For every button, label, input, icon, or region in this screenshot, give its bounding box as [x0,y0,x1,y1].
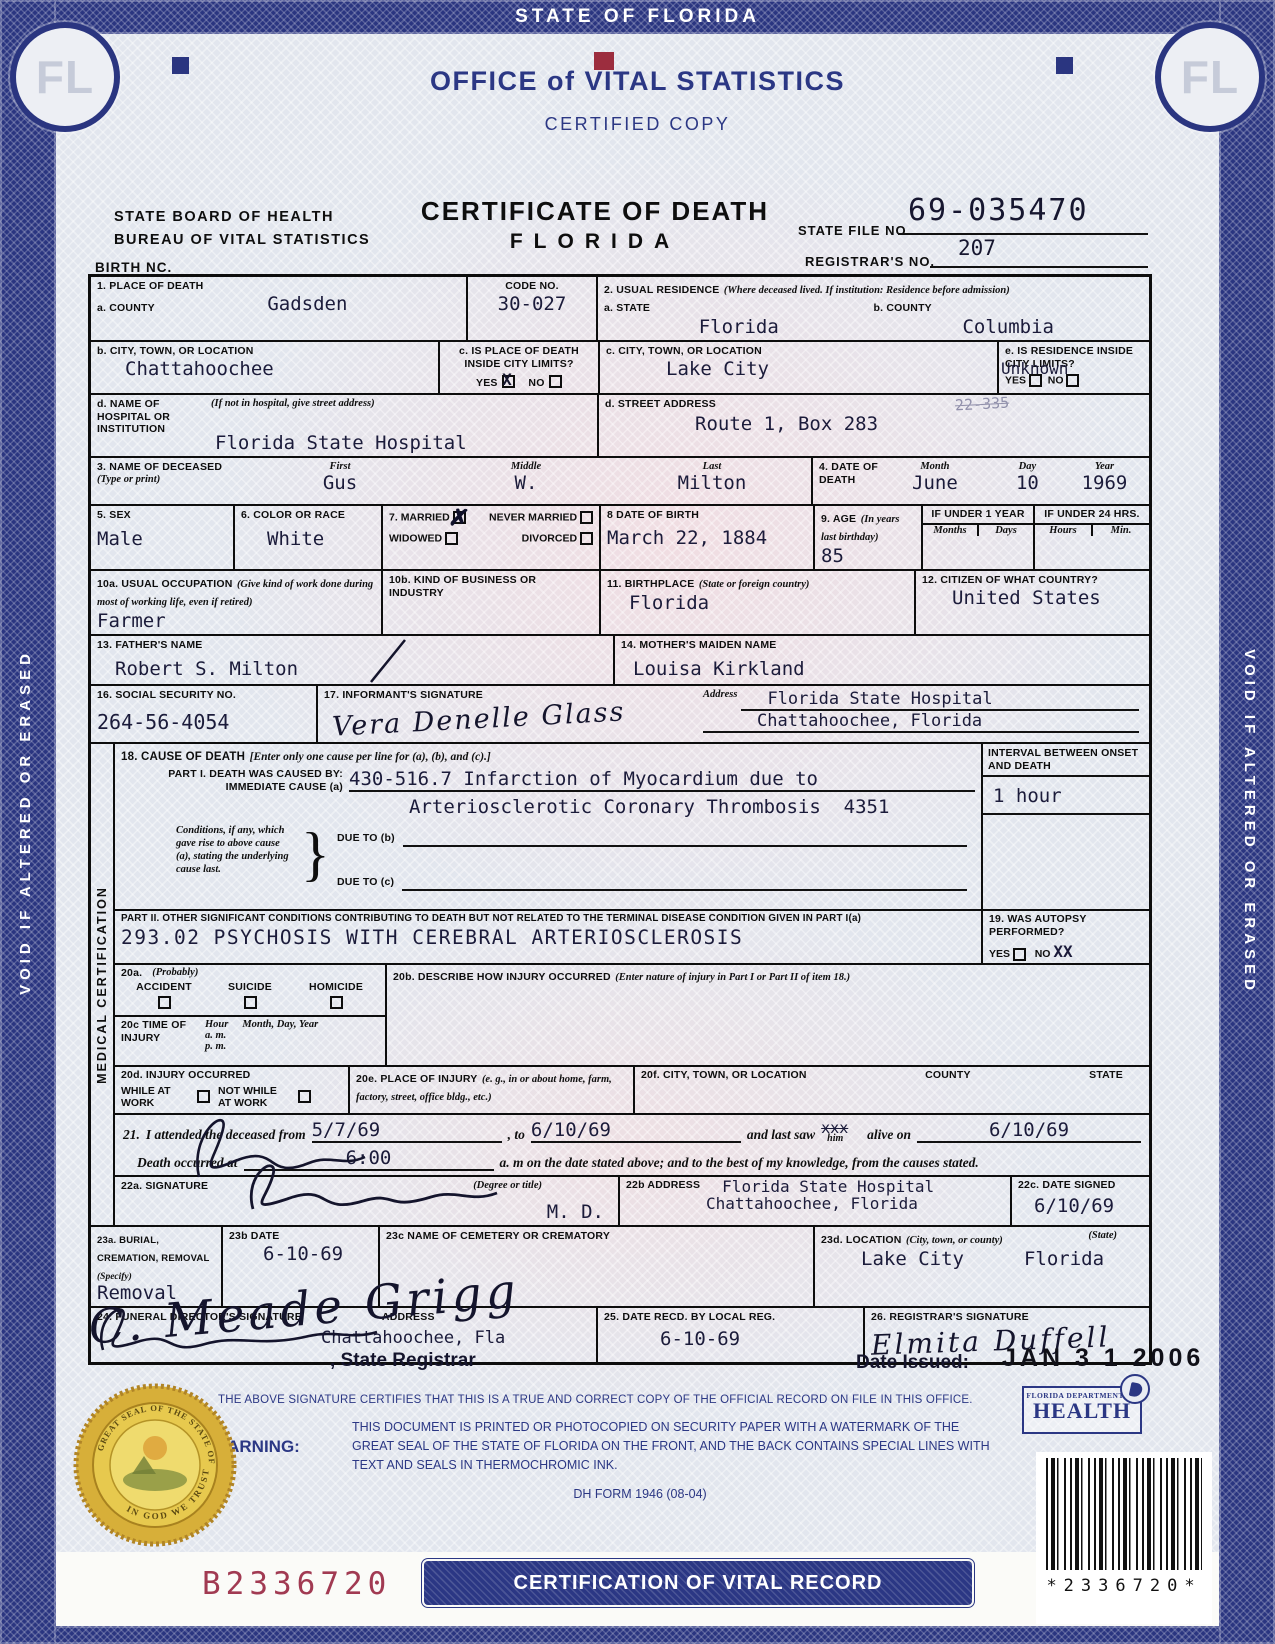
describe-injury-note: (Enter nature of injury in Part I or Par… [615,972,850,983]
field-residence-city: c. CITY, TOWN, OR LOCATION Lake City [600,342,999,393]
certify-statement: THE ABOVE SIGNATURE CERTIFIES THAT THIS … [218,1394,1018,1406]
due-to-b-line [403,832,967,847]
checkbox-never-married [580,511,593,524]
certifier-address-label: 22b ADDRESS [626,1179,700,1192]
location-state-value: Florida [1024,1248,1104,1270]
occupation-value: Farmer [97,610,375,632]
field-mother-name: 14. MOTHER'S MAIDEN NAME Louisa Kirkland [615,636,1149,684]
dod-day-label: Day [989,461,1066,472]
fl-watermark-left: FL [16,28,114,126]
hours-label: Hours [1035,525,1093,536]
barcode-text: *2336720* [1036,1576,1212,1596]
field-hospital: d. NAME OF HOSPITAL OR INSTITUTION (If n… [91,395,599,456]
warning-text: THIS DOCUMENT IS PRINTED OR PHOTOCOPIED … [352,1418,1002,1474]
death-occurred-text: Death occurred at [137,1155,238,1171]
married-label: MARRIED [401,511,450,523]
checkbox-limits-no [549,375,562,388]
field-race: 6. COLOR OR RACE White [235,506,383,569]
death-city-label: b. CITY, TOWN, OR LOCATION [97,345,432,358]
field-interval: INTERVAL BETWEEN ONSET AND DEATH 1 hour [981,744,1149,909]
code-no-label: CODE NO. [474,280,590,293]
dod-day-value: 10 [989,472,1066,494]
row-part2-autopsy: PART II. OTHER SIGNIFICANT CONDITIONS CO… [115,911,1149,965]
cause-of-death-note: [Enter only one cause per line for (a), … [250,751,491,763]
street-address-stamp: 22-335 [954,394,1009,415]
checkbox-homicide [330,996,343,1009]
state-file-label: STATE FILE NO. [798,223,911,238]
field-age: 9. AGE (In years last birthday) 85 [815,506,923,569]
location-note: (City, town, or county) [906,1235,1003,1246]
field-time-of-injury: 20c TIME OF INJURY Hour a. m. p. m. Mont… [115,1017,385,1065]
field-accident-suicide-homicide: 20a. (Probably) ACCIDENT SUICIDE HOMICID… [115,965,385,1017]
field-disposition-location: 23d. LOCATION (City, town, or county) (S… [815,1227,1149,1306]
field-under-1-year: IF UNDER 1 YEAR Months Days [923,506,1035,569]
part2-value: 293.02 PSYCHOSIS WITH CEREBRAL ARTERIOSC… [121,926,975,949]
field-birthplace: 11. BIRTHPLACE (State or foreign country… [601,571,916,634]
degree-title-label: (Degree or title) [473,1180,542,1193]
race-label: 6. COLOR OR RACE [241,509,375,522]
field-usual-residence: 2. USUAL RESIDENCE (Where deceased lived… [598,277,1149,340]
birthplace-note: (State or foreign country) [699,579,810,590]
deceased-note: (Type or print) [97,474,247,485]
checkbox-suicide [244,996,257,1009]
accident-label: ACCIDENT [121,981,207,994]
birthplace-label: 11. BIRTHPLACE [607,578,694,590]
sex-label: 5. SEX [97,509,227,522]
attended-text-2: , to [508,1127,525,1143]
father-name-value: Robert S. Milton [115,658,607,680]
ssn-value: 264-56-4054 [97,710,310,734]
row-sex-race-marital-dob-age: 5. SEX Male 6. COLOR OR RACE White 7. MA… [91,506,1149,571]
him-word: him [827,1133,843,1144]
field-citizen: 12. CITIZEN OF WHAT COUNTRY? United Stat… [916,571,1149,634]
mdy-label: Month, Day, Year [242,1019,318,1063]
cause-of-death-label: 18. CAUSE OF DEATH [121,751,245,763]
injury-state-label: STATE [1089,1069,1143,1111]
autopsy-yes-label: YES [989,948,1010,960]
row-injury-bottom: 20d. INJURY OCCURRED WHILE AT WORK NOT W… [115,1067,1149,1115]
row-injury-top: 20a. (Probably) ACCIDENT SUICIDE HOMICID… [115,965,1149,1067]
code-no-value: 30-027 [474,293,590,315]
autopsy-no-mark: XX [1053,942,1072,961]
mother-name-label: 14. MOTHER'S MAIDEN NAME [621,639,1143,652]
cause-a-line2: Arteriosclerotic Coronary Thrombosis 435… [409,796,889,818]
certifier-signature-label: 22a. SIGNATURE [121,1180,208,1193]
residence-city-label: c. CITY, TOWN, OR LOCATION [606,345,991,358]
race-value: White [267,528,375,550]
interval-value: 1 hour [983,777,1149,813]
death-occurred-text-2: a. m on the date stated above; and to th… [500,1155,979,1171]
field-attended: 21. I attended the deceased from 5/7/69 … [115,1115,1149,1177]
checkbox-limits-yes: X [502,375,515,388]
field-business-industry: 10b. KIND OF BUSINESS OR INDUSTRY [383,571,601,634]
limits-yes-label: YES [476,377,498,389]
date-signed-value: 6/10/69 [1034,1195,1143,1217]
void-text-left: VOID IF ALTERED OR ERASED [17,649,34,995]
place-of-injury-label: 20e. PLACE OF INJURY [356,1073,477,1085]
great-seal-of-florida: GREAT SEAL OF THE STATE OF FLORIDA IN GO… [72,1382,238,1548]
dod-label: 4. DATE OF DEATH [819,461,881,502]
cemetery-label: 23c NAME OF CEMETERY OR CREMATORY [386,1230,807,1243]
row-place-residence: 1. PLACE OF DEATH a. COUNTY Gadsden CODE… [91,277,1149,342]
county-label: a. COUNTY [97,302,155,315]
florida-silhouette-icon [1120,1374,1150,1404]
dod-month-value: June [881,472,989,494]
certificate-title: CERTIFICATE OF DEATH [385,196,805,227]
mother-name-value: Louisa Kirkland [633,658,1143,680]
medical-certification-block: MEDICAL CERTIFICATION 18. CAUSE OF DEATH… [91,744,1149,1227]
field-date-of-birth: 8 DATE OF BIRTH March 22, 1884 [601,506,815,569]
autopsy-label: 19. WAS AUTOPSY PERFORMED? [989,913,1143,938]
interval-spacer [983,813,1149,869]
checkbox-while-at-work [197,1090,210,1103]
field-date-signed: 22c. DATE SIGNED 6/10/69 [1012,1177,1149,1225]
health-logo-line2: HEALTH [1024,1400,1140,1422]
row-hospital-street: d. NAME OF HOSPITAL OR INSTITUTION (If n… [91,395,1149,458]
certificate-subtitle: FLORIDA [385,230,805,254]
part1-label: PART I. DEATH WAS CAUSED BY: [121,768,343,781]
disposition-label: 23a. BURIAL, CREMATION, REMOVAL [97,1235,210,1264]
date-issued-stamp: JAN 3 1 2006 [1002,1344,1204,1373]
pm-label: p. m. [205,1041,228,1052]
first-name-label: First [247,461,433,472]
row-occupation-birthplace: 10a. USUAL OCCUPATION (Give kind of work… [91,571,1149,636]
citizen-label: 12. CITIZEN OF WHAT COUNTRY? [922,574,1143,587]
usual-residence-note: (Where deceased lived. If institution: R… [724,285,1010,296]
field-describe-injury: 20b. DESCRIBE HOW INJURY OCCURRED (Enter… [387,965,1149,1065]
field-residence-limits: e. IS RESIDENCE INSIDE CITY LIMITS? YES … [999,342,1149,393]
middle-name-value: W. [433,472,619,494]
barcode-panel: *2336720* [1036,1452,1212,1624]
decor-square-right [1056,57,1073,74]
agency-line1: STATE BOARD OF HEALTH [114,206,370,229]
interval-label: INTERVAL BETWEEN ONSET AND DEATH [983,744,1149,777]
residence-state-label: a. STATE [604,302,650,314]
field-father-name: 13. FATHER'S NAME Robert S. Milton [91,636,615,684]
divorced-label: DIVORCED [522,532,577,544]
attended-from-value: 5/7/69 [312,1119,381,1141]
attended-text-4: alive on [867,1127,911,1143]
due-to-c-label: DUE TO (c) [337,876,394,891]
deceased-label: 3. NAME OF DECEASED [97,461,247,474]
dod-year-label: Year [1066,461,1143,472]
birth-no-label: BIRTH NC. [95,260,172,275]
injury-city-label: 20f. CITY, TOWN, OR LOCATION [641,1069,807,1111]
age-label: 9. AGE [821,513,856,525]
conditions-note: Conditions, if any, which gave rise to a… [176,824,296,877]
field-place-of-death: 1. PLACE OF DEATH a. COUNTY Gadsden [91,277,468,340]
occupation-label: 10a. USUAL OCCUPATION [97,578,232,590]
residence-county-label: b. COUNTY [874,302,932,314]
informant-address-label: Address [703,689,737,711]
border-bottom [0,1626,1275,1644]
office-title: OFFICE of VITAL STATISTICS [0,66,1275,97]
field-injury-location: 20f. CITY, TOWN, OR LOCATION COUNTY STAT… [635,1067,1149,1113]
certified-copy-label: CERTIFIED COPY [0,114,1275,135]
hospital-value: Florida State Hospital [215,432,591,454]
field-place-of-injury: 20e. PLACE OF INJURY (e. g., in or about… [350,1067,635,1113]
field-ssn: 16. SOCIAL SECURITY NO. 264-56-4054 [91,686,318,742]
row-parents: 13. FATHER'S NAME Robert S. Milton 14. M… [91,636,1149,686]
informant-address-line2: Chattahoochee, Florida [757,711,982,731]
degree-value: M. D. [547,1201,604,1223]
death-city-limits-label: c. IS PLACE OF DEATH INSIDE CITY LIMITS? [446,345,592,370]
f21-num: 21. [123,1127,140,1143]
date-received-label: 25. DATE RECD. BY LOCAL REG. [604,1311,857,1324]
certifier-address-line2: Chattahoochee, Florida [706,1196,1004,1213]
checkbox-married: ✗ [453,511,466,524]
agency-line2: BUREAU OF VITAL STATISTICS [114,229,370,252]
describe-injury-label: 20b. DESCRIBE HOW INJURY OCCURRED [393,971,611,983]
state-registrar-label: , State Registrar [330,1350,476,1372]
birthplace-value: Florida [629,592,908,614]
dob-value: March 22, 1884 [607,527,807,549]
field-death-city-limits: c. IS PLACE OF DEATH INSIDE CITY LIMITS?… [440,342,600,393]
registrar-no-underline [930,266,1148,268]
months-label: Months [923,525,979,536]
immediate-cause-label: IMMEDIATE CAUSE (a) [121,781,343,794]
field-date-received: 25. DATE RECD. BY LOCAL REG. 6-10-69 [598,1308,865,1362]
ssn-label: 16. SOCIAL SECURITY NO. [97,689,310,702]
injury-county-label: COUNTY [925,1069,971,1111]
probably-note: (Probably) [152,967,198,980]
location-state-note: (State) [1088,1230,1143,1248]
certification-band: CERTIFICATION OF VITAL RECORD [424,1561,972,1605]
due-to-c-line [402,876,967,891]
last-name-label: Last [619,461,805,472]
last-seen-date: 6/10/69 [989,1119,1069,1141]
conditions-brace: } [301,820,330,889]
married-scribble-mark: ✗ [447,503,471,535]
informant-address-line1: Florida State Hospital [767,689,992,709]
cause-a-line1: 430-516.7 Infarction of Myocardium due t… [349,768,818,790]
attended-text-1: I attended the deceased from [146,1127,306,1143]
death-city-value: Chattahoochee [125,358,432,380]
field-cause-of-death: 18. CAUSE OF DEATH [Enter only one cause… [115,744,1149,911]
fl-watermark-right: FL [1161,28,1259,126]
father-name-label: 13. FATHER'S NAME [97,639,607,652]
checkbox-widowed [445,532,458,545]
widowed-label: WIDOWED [389,532,442,544]
decor-square-center [594,52,614,70]
field-under-24-hrs: IF UNDER 24 HRS. Hours Min. [1035,506,1149,569]
residence-city-value: Lake City [666,358,991,380]
registrar-no-label: REGISTRAR'S NO. [805,254,935,269]
under-24-hrs-label: IF UNDER 24 HRS. [1035,506,1149,525]
first-name-value: Gus [247,472,433,494]
field-sex: 5. SEX Male [91,506,235,569]
field-street-address: d. STREET ADDRESS 22-335 Route 1, Box 28… [599,395,1149,456]
while-at-work-label: WHILE AT WORK [121,1085,189,1109]
hospital-note: (If not in hospital, give street address… [211,398,375,436]
void-text-right: VOID IF ALTERED OR ERASED [1241,649,1258,995]
field-injury-occurred: 20d. INJURY OCCURRED WHILE AT WORK NOT W… [115,1067,350,1113]
am-label: a. m. [205,1030,228,1041]
agency-name: STATE BOARD OF HEALTH BUREAU OF VITAL ST… [114,206,370,252]
disposition-date-value: 6-10-69 [263,1243,372,1265]
sex-value: Male [97,528,227,550]
homicide-label: HOMICIDE [293,981,379,994]
registrar-no-value: 207 [958,236,996,260]
attended-text-3: and last saw [747,1127,815,1143]
never-married-label: NEVER MARRIED [489,511,577,523]
state-file-number: 69-035470 [908,193,1089,228]
last-name-value: Milton [619,472,805,494]
limits-yes-mark: X [502,370,512,389]
residence-limits-value: Unknown [1001,359,1068,378]
age-value: 85 [821,545,915,567]
limits-no-label: NO [528,377,544,389]
disposition-date-label: 23b DATE [229,1230,372,1243]
checkbox-not-while-at-work [298,1090,311,1103]
business-industry-label: 10b. KIND OF BUSINESS OR INDUSTRY [389,574,593,599]
field-autopsy: 19. WAS AUTOPSY PERFORMED? YES NO XX [981,911,1149,963]
death-time-value: 6:00 [346,1147,392,1169]
death-certificate-page: STATE OF FLORIDA VOID IF ALTERED OR ERAS… [0,0,1275,1644]
f20a-num: 20a. [121,967,142,980]
location-city-value: Lake City [861,1248,964,1270]
county-value: Gadsden [267,293,347,315]
street-address-label: d. STREET ADDRESS [605,398,1143,411]
checkbox-accident [158,996,171,1009]
medical-certification-label: MEDICAL CERTIFICATION [95,886,109,1084]
days-label: Days [979,525,1033,536]
residence-county-value: Columbia [874,316,1144,338]
hospital-label: d. NAME OF HOSPITAL OR INSTITUTION [97,398,193,436]
part2-label: PART II. OTHER SIGNIFICANT CONDITIONS CO… [121,913,975,925]
him-overstrike: xxx him [821,1125,861,1143]
field-occupation: 10a. USUAL OCCUPATION (Give kind of work… [91,571,383,634]
field-code-no: CODE NO. 30-027 [468,277,598,340]
time-of-injury-label: 20c TIME OF INJURY [121,1019,191,1063]
date-issued-label: Date Issued: [856,1352,969,1374]
health-department-logo: FLORIDA DEPARTMENT OF HEALTH [1022,1386,1142,1434]
field-certifier-address: 22b ADDRESS Florida State Hospital Chatt… [620,1177,1012,1225]
row-name-dod: 3. NAME OF DECEASED (Type or print) Firs… [91,458,1149,506]
date-received-value: 6-10-69 [660,1328,857,1350]
checkbox-autopsy-yes [1013,948,1026,961]
autopsy-no-label: NO [1035,948,1051,960]
citizen-value: United States [952,587,1143,609]
place-of-death-label: 1. PLACE OF DEATH [97,280,460,293]
hour-label: Hour [205,1019,228,1030]
dob-label: 8 DATE OF BIRTH [607,509,807,522]
residence-state-value: Florida [604,316,874,338]
usual-residence-label: 2. USUAL RESIDENCE [604,284,719,296]
field-informant: 17. INFORMANT'S SIGNATURE Vera Denelle G… [318,686,1149,742]
dod-month-label: Month [881,461,989,472]
due-to-b-label: DUE TO (b) [337,832,395,847]
date-signed-label: 22c. DATE SIGNED [1018,1179,1143,1192]
not-while-at-work-label: NOT WHILE AT WORK [218,1085,290,1109]
marital-num: 7. [389,511,398,523]
field-date-of-death: 4. DATE OF DEATH Month June Day 10 Year … [813,458,1149,504]
street-address-value: Route 1, Box 283 [695,413,1143,435]
middle-name-label: Middle [433,461,619,472]
row-city-limits: b. CITY, TOWN, OR LOCATION Chattahoochee… [91,342,1149,395]
min-label: Min. [1093,525,1149,536]
field-death-city: b. CITY, TOWN, OR LOCATION Chattahoochee [91,342,440,393]
certificate-form: 1. PLACE OF DEATH a. COUNTY Gadsden CODE… [88,274,1152,1365]
location-label: 23d. LOCATION [821,1234,902,1246]
field-marital-status: 7. MARRIED ✗ NEVER MARRIED WIDOWED DIVOR… [383,506,601,569]
checkbox-divorced [580,532,593,545]
state-file-underline [898,233,1148,235]
field-certifier-signature: 22a. SIGNATURE (Degree or title) M. D. [115,1177,620,1225]
barcode-icon [1046,1458,1202,1570]
row-ssn-informant: 16. SOCIAL SECURITY NO. 264-56-4054 17. … [91,686,1149,744]
suicide-label: SUICIDE [207,981,293,994]
dod-year-value: 1969 [1066,472,1143,494]
row-certifier: 22a. SIGNATURE (Degree or title) M. D. 2… [115,1177,1149,1225]
under-1-year-label: IF UNDER 1 YEAR [923,506,1033,525]
form-number: DH FORM 1946 (08-04) [440,1487,840,1501]
document-serial-number: B2336720 [202,1566,391,1602]
disposition-note: (Specify) [97,1272,132,1282]
injury-occurred-label: 20d. INJURY OCCURRED [121,1069,342,1082]
attended-to-value: 6/10/69 [531,1119,611,1141]
medical-certification-gutter: MEDICAL CERTIFICATION [91,744,115,1225]
decor-square-left [172,57,189,74]
field-name-of-deceased: 3. NAME OF DECEASED (Type or print) Firs… [91,458,813,504]
state-banner: STATE OF FLORIDA [0,6,1275,28]
